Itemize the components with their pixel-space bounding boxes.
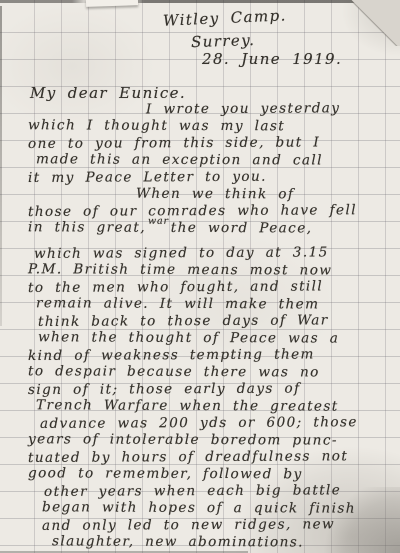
letter-line: and only led to new ridges, new (28, 516, 396, 535)
letter-line: made this an exception and call (28, 151, 396, 170)
letter-line: to despair because there was no (28, 363, 396, 382)
folded-corner-top-right (348, 0, 400, 46)
paper-torn-edge-top (0, 0, 400, 3)
letter-line-text: in this great, (28, 219, 146, 236)
letter-line: sign of it; those early days of (28, 380, 396, 399)
letter-line: advance was 200 yds or 600; those (28, 414, 396, 433)
letter-line-text: the word Peace, (171, 220, 313, 237)
letter-line: to the men who fought, and still (28, 278, 396, 297)
letter-line: began with hopes of a quick finish (28, 499, 396, 518)
letter-line: I wrote you yesterday (28, 100, 396, 119)
letter-line: P.M. British time means most now (28, 261, 396, 280)
letter-line: Trench Warfare when the greatest (28, 397, 396, 416)
letter-line: slaughter, new abominations. (28, 533, 396, 551)
letter-line: it my Peace Letter to you. (28, 168, 396, 187)
letter-line: those of our comrades who have fell (28, 202, 396, 221)
letter-line: which I thought was my last (28, 117, 396, 136)
letterhead-date: 28. June 1919. (202, 50, 342, 68)
letter-line: years of intolerable boredom punc- (28, 431, 396, 450)
letterhead-county: Surrey. (191, 31, 256, 51)
letter-line: good to remember, followed by (28, 465, 396, 484)
letter-line: kind of weakness tempting them (28, 346, 396, 365)
letter-line: which was signed to day at 3.15 (28, 244, 396, 263)
scanned-letter-page: Witley Camp. Surrey. 28. June 1919. My d… (0, 0, 400, 553)
paper-tear-bump (86, 0, 138, 7)
salutation: My dear Eunice. (30, 84, 186, 102)
inserted-word-above-line: war (148, 216, 169, 227)
letter-line: remain alive. It will make them (28, 295, 396, 314)
letter-line: When we think of (28, 185, 396, 204)
letter-line: tuated by hours of dreadfulness not (28, 448, 396, 467)
letterhead-place: Witley Camp. (163, 6, 287, 29)
letter-line: one to you from this side, but I (28, 134, 396, 153)
paper-edge-left (0, 6, 2, 326)
letter-line: when the thought of Peace was a (28, 329, 396, 348)
letter-line: other years when each big battle (28, 482, 396, 501)
letter-line: think back to those days of War (28, 312, 396, 331)
letter-body: I wrote you yesterday which I thought wa… (28, 101, 396, 550)
letter-line-with-insertion: in this great,warthe word Peace, (28, 219, 396, 238)
